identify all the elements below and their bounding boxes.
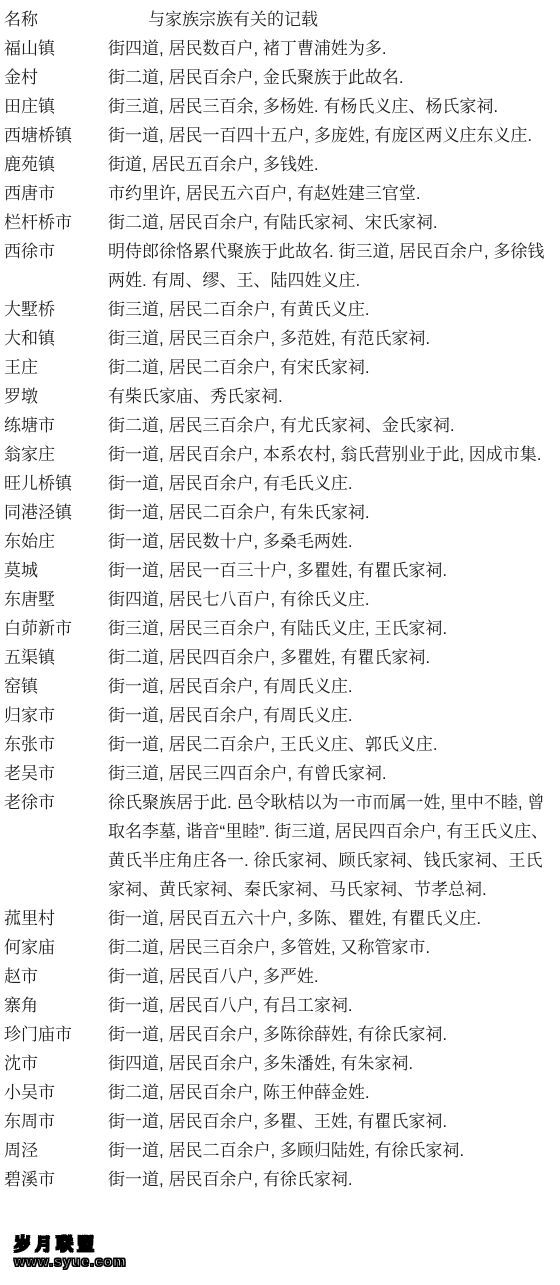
row-name: 罗墩: [4, 382, 108, 411]
row-record: 徐氏聚族居于此. 邑令耿桔以为一市而属一姓, 里中不睦, 曾取名李墓, 谐音“里…: [108, 788, 556, 904]
row-name: 白茆新市: [4, 614, 108, 643]
row-name: 翁家庄: [4, 440, 108, 469]
table-row: 菰里村 街一道, 居民百五六十户, 多陈、瞿姓, 有瞿氏义庄.: [4, 904, 556, 933]
row-name: 老吴市: [4, 759, 108, 788]
table-row: 老徐市 徐氏聚族居于此. 邑令耿桔以为一市而属一姓, 里中不睦, 曾取名李墓, …: [4, 788, 556, 904]
row-name: 同港泾镇: [4, 498, 108, 527]
table-row: 大和镇 街三道, 居民三百余户, 多范姓, 有范氏家祠.: [4, 324, 556, 353]
table-row: 西徐市 明侍郎徐恪累代聚族于此故名. 街三道, 居民百余户, 多徐钱两姓. 有周…: [4, 237, 556, 295]
row-name: 窑镇: [4, 672, 108, 701]
row-name: 西徐市: [4, 237, 108, 266]
table-row: 白茆新市 街三道, 居民三百余户, 有陆氏义庄, 王氏家祠.: [4, 614, 556, 643]
watermark: 岁月联盟 www.syue.com: [14, 1236, 127, 1269]
table-header-row: 名称 与家族宗族有关的记载: [4, 5, 556, 34]
row-record: 有柴氏家庙、秀氏家祠.: [108, 382, 556, 411]
row-name: 小吴市: [4, 1078, 108, 1107]
table-row: 东始庄 街一道, 居民数十户, 多桑毛两姓.: [4, 527, 556, 556]
row-record: 街一道, 居民数十户, 多桑毛两姓.: [108, 527, 556, 556]
table-body: 福山镇 街四道, 居民数百户, 褚丁曹浦姓为多. 金村 街二道, 居民百余户, …: [4, 34, 556, 1194]
table-row: 旺儿桥镇 街一道, 居民百余户, 有毛氏义庄.: [4, 469, 556, 498]
table-row: 王庄 街二道, 居民二百余户, 有宋氏家祠.: [4, 353, 556, 382]
row-record: 街三道, 居民三百余, 多杨姓. 有杨氏义庄、杨氏家祠.: [108, 92, 556, 121]
row-name: 大墅桥: [4, 295, 108, 324]
row-record: 街二道, 居民三百余户, 多管姓, 又称管家市.: [108, 933, 556, 962]
row-name: 老徐市: [4, 788, 108, 817]
row-record: 街二道, 居民二百余户, 有宋氏家祠.: [108, 353, 556, 382]
table-row: 寨角 街一道, 居民百八户, 有吕工家祠.: [4, 991, 556, 1020]
row-name: 珍门庙市: [4, 1020, 108, 1049]
row-name: 大和镇: [4, 324, 108, 353]
table-row: 五渠镇 街二道, 居民四百余户, 多瞿姓, 有瞿氏家祠.: [4, 643, 556, 672]
row-record: 街一道, 居民二百余户, 有朱氏家祠.: [108, 498, 556, 527]
table-row: 田庄镇 街三道, 居民三百余, 多杨姓. 有杨氏义庄、杨氏家祠.: [4, 92, 556, 121]
table-row: 周泾 街一道, 居民二百余户, 多顾归陆姓, 有徐氏家祠.: [4, 1136, 556, 1165]
row-name: 西唐市: [4, 179, 108, 208]
table-row: 东张市 街一道, 居民二百余户, 王氏义庄、郭氏义庄.: [4, 730, 556, 759]
table-row: 窑镇 街一道, 居民百余户, 有周氏义庄.: [4, 672, 556, 701]
table-row: 小吴市 街二道, 居民百余户, 陈王仲薛金姓.: [4, 1078, 556, 1107]
table-row: 东唐墅 街四道, 居民七八百户, 有徐氏义庄.: [4, 585, 556, 614]
row-record: 街一道, 居民百余户, 有毛氏义庄.: [108, 469, 556, 498]
table-row: 沈市 街四道, 居民百余户, 多朱潘姓, 有朱家祠.: [4, 1049, 556, 1078]
table-row: 金村 街二道, 居民百余户, 金氏聚族于此故名.: [4, 63, 556, 92]
row-name: 栏杆桥市: [4, 208, 108, 237]
row-record: 明侍郎徐恪累代聚族于此故名. 街三道, 居民百余户, 多徐钱两姓. 有周、缪、王…: [108, 237, 556, 295]
row-record: 街一道, 居民百余户, 多陈徐薛姓, 有徐氏家祠.: [108, 1020, 556, 1049]
table-row: 翁家庄 街一道, 居民百余户, 本系农村, 翁氏营别业于此, 因成市集.: [4, 440, 556, 469]
header-record: 与家族宗族有关的记载: [108, 5, 556, 34]
row-name: 何家庙: [4, 933, 108, 962]
row-name: 西塘桥镇: [4, 121, 108, 150]
row-record: 街一道, 居民百余户, 有周氏义庄.: [108, 701, 556, 730]
row-name: 东周市: [4, 1107, 108, 1136]
row-name: 赵市: [4, 962, 108, 991]
row-record: 街三道, 居民二百余户, 有黄氏义庄.: [108, 295, 556, 324]
table-row: 练塘市 街二道, 居民三百余户, 有尤氏家祠、金氏家祠.: [4, 411, 556, 440]
row-record: 街四道, 居民数百户, 褚丁曹浦姓为多.: [108, 34, 556, 63]
row-record: 街一道, 居民一百三十户, 多瞿姓, 有瞿氏家祠.: [108, 556, 556, 585]
row-record: 街三道, 居民三百余户, 有陆氏义庄, 王氏家祠.: [108, 614, 556, 643]
row-record: 街二道, 居民百余户, 金氏聚族于此故名.: [108, 63, 556, 92]
watermark-site-url: www.syue.com: [14, 1254, 127, 1269]
document-page: 名称 与家族宗族有关的记载 福山镇 街四道, 居民数百户, 褚丁曹浦姓为多. 金…: [0, 0, 560, 1285]
table-row: 归家市 街一道, 居民百余户, 有周氏义庄.: [4, 701, 556, 730]
row-record: 街一道, 居民百八户, 多严姓.: [108, 962, 556, 991]
row-record: 街二道, 居民四百余户, 多瞿姓, 有瞿氏家祠.: [108, 643, 556, 672]
row-record: 街四道, 居民百余户, 多朱潘姓, 有朱家祠.: [108, 1049, 556, 1078]
table-row: 西塘桥镇 街一道, 居民一百四十五户, 多庞姓, 有庞区两义庄东义庄.: [4, 121, 556, 150]
watermark-site-name: 岁月联盟: [14, 1236, 127, 1255]
table-row: 西唐市 市约里许, 居民五六百户, 有赵姓建三官堂.: [4, 179, 556, 208]
row-name: 王庄: [4, 353, 108, 382]
table-row: 珍门庙市 街一道, 居民百余户, 多陈徐薛姓, 有徐氏家祠.: [4, 1020, 556, 1049]
table-row: 赵市 街一道, 居民百八户, 多严姓.: [4, 962, 556, 991]
row-record: 街一道, 居民百余户, 有徐氏家祠.: [108, 1165, 556, 1194]
table-row: 大墅桥 街三道, 居民二百余户, 有黄氏义庄.: [4, 295, 556, 324]
row-record: 街一道, 居民百余户, 有周氏义庄.: [108, 672, 556, 701]
row-record: 街三道, 居民三四百余户, 有曾氏家祠.: [108, 759, 556, 788]
table-row: 老吴市 街三道, 居民三四百余户, 有曾氏家祠.: [4, 759, 556, 788]
row-record: 街二道, 居民百余户, 陈王仲薛金姓.: [108, 1078, 556, 1107]
row-name: 归家市: [4, 701, 108, 730]
row-record: 街一道, 居民一百四十五户, 多庞姓, 有庞区两义庄东义庄.: [108, 121, 556, 150]
row-record: 街二道, 居民百余户, 有陆氏家祠、宋氏家祠.: [108, 208, 556, 237]
row-name: 东张市: [4, 730, 108, 759]
table-row: 东周市 街一道, 居民百余户, 多瞿、王姓, 有瞿氏家祠.: [4, 1107, 556, 1136]
row-name: 碧溪市: [4, 1165, 108, 1194]
table-row: 何家庙 街二道, 居民三百余户, 多管姓, 又称管家市.: [4, 933, 556, 962]
row-name: 东唐墅: [4, 585, 108, 614]
row-name: 寨角: [4, 991, 108, 1020]
row-record: 街二道, 居民三百余户, 有尤氏家祠、金氏家祠.: [108, 411, 556, 440]
row-name: 练塘市: [4, 411, 108, 440]
row-record: 街三道, 居民三百余户, 多范姓, 有范氏家祠.: [108, 324, 556, 353]
records-table: 名称 与家族宗族有关的记载 福山镇 街四道, 居民数百户, 褚丁曹浦姓为多. 金…: [0, 0, 560, 1202]
row-name: 东始庄: [4, 527, 108, 556]
row-record: 街一道, 居民百余户, 本系农村, 翁氏营别业于此, 因成市集.: [108, 440, 556, 469]
row-name: 鹿苑镇: [4, 150, 108, 179]
row-record: 街道, 居民五百余户, 多钱姓.: [108, 150, 556, 179]
row-name: 福山镇: [4, 34, 108, 63]
header-name: 名称: [4, 5, 108, 34]
table-row: 罗墩 有柴氏家庙、秀氏家祠.: [4, 382, 556, 411]
row-record: 街一道, 居民百八户, 有吕工家祠.: [108, 991, 556, 1020]
table-row: 同港泾镇 街一道, 居民二百余户, 有朱氏家祠.: [4, 498, 556, 527]
row-record: 街一道, 居民二百余户, 多顾归陆姓, 有徐氏家祠.: [108, 1136, 556, 1165]
row-record: 街一道, 居民二百余户, 王氏义庄、郭氏义庄.: [108, 730, 556, 759]
row-record: 街一道, 居民百余户, 多瞿、王姓, 有瞿氏家祠.: [108, 1107, 556, 1136]
table-row: 鹿苑镇 街道, 居民五百余户, 多钱姓.: [4, 150, 556, 179]
row-record: 市约里许, 居民五六百户, 有赵姓建三官堂.: [108, 179, 556, 208]
row-name: 菰里村: [4, 904, 108, 933]
row-name: 沈市: [4, 1049, 108, 1078]
row-name: 金村: [4, 63, 108, 92]
table-row: 莫城 街一道, 居民一百三十户, 多瞿姓, 有瞿氏家祠.: [4, 556, 556, 585]
row-name: 周泾: [4, 1136, 108, 1165]
table-row: 栏杆桥市 街二道, 居民百余户, 有陆氏家祠、宋氏家祠.: [4, 208, 556, 237]
table-row: 碧溪市 街一道, 居民百余户, 有徐氏家祠.: [4, 1165, 556, 1194]
row-name: 旺儿桥镇: [4, 469, 108, 498]
row-name: 五渠镇: [4, 643, 108, 672]
row-record: 街一道, 居民百五六十户, 多陈、瞿姓, 有瞿氏义庄.: [108, 904, 556, 933]
table-row: 福山镇 街四道, 居民数百户, 褚丁曹浦姓为多.: [4, 34, 556, 63]
row-name: 田庄镇: [4, 92, 108, 121]
row-record: 街四道, 居民七八百户, 有徐氏义庄.: [108, 585, 556, 614]
row-name: 莫城: [4, 556, 108, 585]
